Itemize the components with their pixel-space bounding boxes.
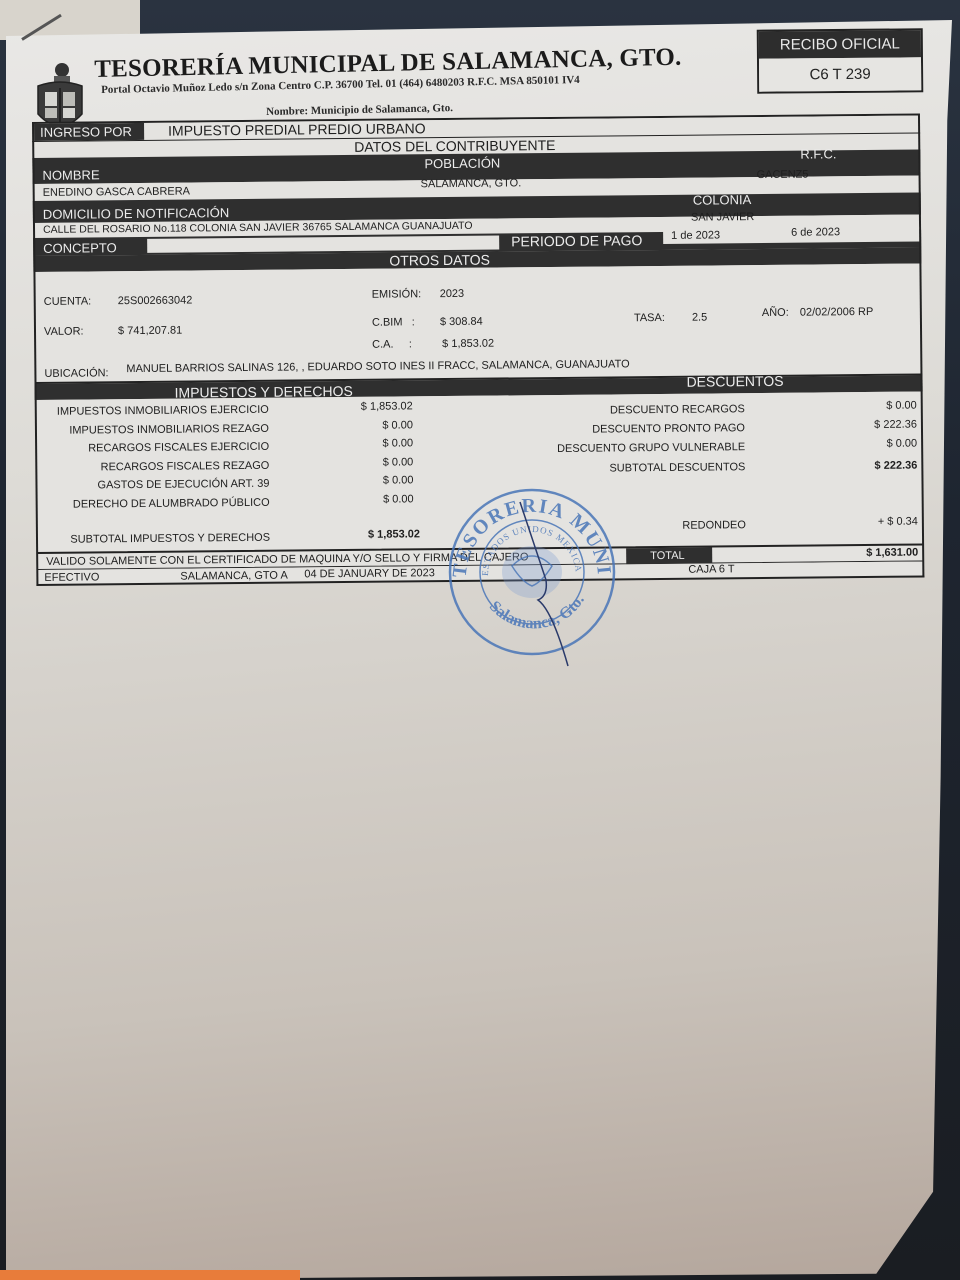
descuento-item-amount: $ 0.00 bbox=[886, 438, 917, 450]
emision-value: 2023 bbox=[440, 288, 465, 300]
background-fabric bbox=[0, 1270, 300, 1280]
receipt-number-box: RECIBO OFICIAL C6 T 239 bbox=[757, 28, 924, 93]
valor-label: VALOR: bbox=[44, 326, 84, 338]
periodo-field: 1 de 2023 6 de 2023 bbox=[663, 225, 919, 243]
colonia-value: SAN JAVIER bbox=[691, 211, 754, 224]
impuesto-item-amount: $ 0.00 bbox=[383, 493, 414, 505]
descuento-item-label: DESCUENTO GRUPO VULNERABLE bbox=[557, 441, 745, 455]
cuenta-label: CUENTA: bbox=[44, 295, 92, 307]
ubicacion-value: MANUEL BARRIOS SALINAS 126, , EDUARDO SO… bbox=[126, 358, 629, 375]
poblacion-value: SALAMANCA, GTO. bbox=[421, 177, 522, 190]
impuesto-item-label: RECARGOS FISCALES EJERCICIO bbox=[88, 441, 269, 455]
cbim-label: C.BIM : bbox=[372, 316, 415, 328]
impuesto-item-amount: $ 0.00 bbox=[383, 474, 414, 486]
redondeo-amount: + $ 0.34 bbox=[878, 516, 918, 528]
concepto-label: CONCEPTO bbox=[43, 240, 117, 256]
background-surface bbox=[0, 0, 140, 40]
descuentos-subtotal-amount: $ 222.36 bbox=[874, 460, 917, 472]
tasa-value: 2.5 bbox=[692, 312, 707, 324]
ubicacion-label: UBICACIÓN: bbox=[44, 367, 108, 380]
impuesto-item-label: GASTOS DE EJECUCIÓN ART. 39 bbox=[97, 478, 269, 492]
impuesto-item-amount: $ 1,853.02 bbox=[361, 400, 413, 412]
periodo-to: 6 de 2023 bbox=[791, 226, 840, 238]
payment-method: EFECTIVO bbox=[44, 571, 99, 584]
tasa-label: TASA: bbox=[634, 312, 665, 324]
descuentos-title: DESCUENTOS bbox=[686, 373, 783, 390]
cashier-signature-icon bbox=[518, 500, 578, 670]
receipt-label: RECIBO OFICIAL bbox=[759, 30, 921, 58]
concepto-field bbox=[147, 236, 499, 253]
impuestos-subtotal-amount: $ 1,853.02 bbox=[368, 528, 420, 540]
cbim-value: $ 308.84 bbox=[440, 316, 483, 328]
anio-label: AÑO: bbox=[762, 307, 789, 319]
payment-place: SALAMANCA, GTO A bbox=[180, 570, 288, 583]
descuentos-subtotal-label: SUBTOTAL DESCUENTOS bbox=[609, 461, 745, 474]
nombre-label: NOMBRE bbox=[42, 167, 99, 183]
total-amount: $ 1,631.00 bbox=[866, 547, 918, 559]
impuesto-item-label: DERECHO DE ALUMBRADO PÚBLICO bbox=[73, 496, 270, 510]
rfc-value: GACENZ5 bbox=[756, 169, 808, 181]
periodo-label: PERIODO DE PAGO bbox=[511, 232, 642, 249]
valor-value: $ 741,207.81 bbox=[118, 325, 182, 338]
ca-label: C.A. : bbox=[372, 338, 412, 350]
colonia-label: COLONIA bbox=[693, 192, 752, 208]
impuesto-item-label: IMPUESTOS INMOBILIARIOS EJERCICIO bbox=[57, 404, 269, 418]
descuento-item-label: DESCUENTO PRONTO PAGO bbox=[592, 422, 745, 435]
payment-date: 04 DE JANUARY DE 2023 bbox=[304, 567, 435, 580]
descuento-item-amount: $ 222.36 bbox=[874, 419, 917, 431]
impuesto-item-label: IMPUESTOS INMOBILIARIOS REZAGO bbox=[69, 422, 269, 436]
redondeo-label: REDONDEO bbox=[682, 519, 746, 532]
impuesto-item-amount: $ 0.00 bbox=[382, 419, 413, 431]
otros-datos-body: CUENTA: 25S002663042 VALOR: $ 741,207.81… bbox=[33, 263, 922, 384]
rfc-label: R.F.C. bbox=[800, 146, 836, 161]
otros-datos-title: OTROS DATOS bbox=[389, 252, 490, 269]
ingreso-label: INGRESO POR bbox=[34, 123, 144, 141]
nombre-value: ENEDINO GASCA CABRERA bbox=[43, 185, 190, 198]
caja-id: CAJA 6 T bbox=[688, 563, 734, 575]
impuestos-subtotal-label: SUBTOTAL IMPUESTOS Y DERECHOS bbox=[70, 532, 270, 546]
impuesto-item-label: RECARGOS FISCALES REZAGO bbox=[101, 459, 270, 473]
anio-value: 02/02/2006 RP bbox=[800, 306, 874, 319]
ca-value: $ 1,853.02 bbox=[442, 338, 494, 350]
cuenta-value: 25S002663042 bbox=[118, 294, 193, 307]
descuento-item-amount: $ 0.00 bbox=[886, 400, 917, 412]
emision-label: EMISIÓN: bbox=[372, 288, 422, 300]
periodo-from: 1 de 2023 bbox=[671, 229, 720, 241]
total-label: TOTAL bbox=[626, 547, 712, 564]
impuesto-item-amount: $ 0.00 bbox=[382, 437, 413, 449]
receipt-number: C6 T 239 bbox=[759, 57, 921, 91]
impuesto-item-amount: $ 0.00 bbox=[383, 456, 414, 468]
domicilio-label: DOMICILIO DE NOTIFICACIÓN bbox=[43, 205, 229, 222]
poblacion-label: POBLACIÓN bbox=[424, 156, 500, 172]
descuento-item-label: DESCUENTO RECARGOS bbox=[610, 403, 745, 416]
